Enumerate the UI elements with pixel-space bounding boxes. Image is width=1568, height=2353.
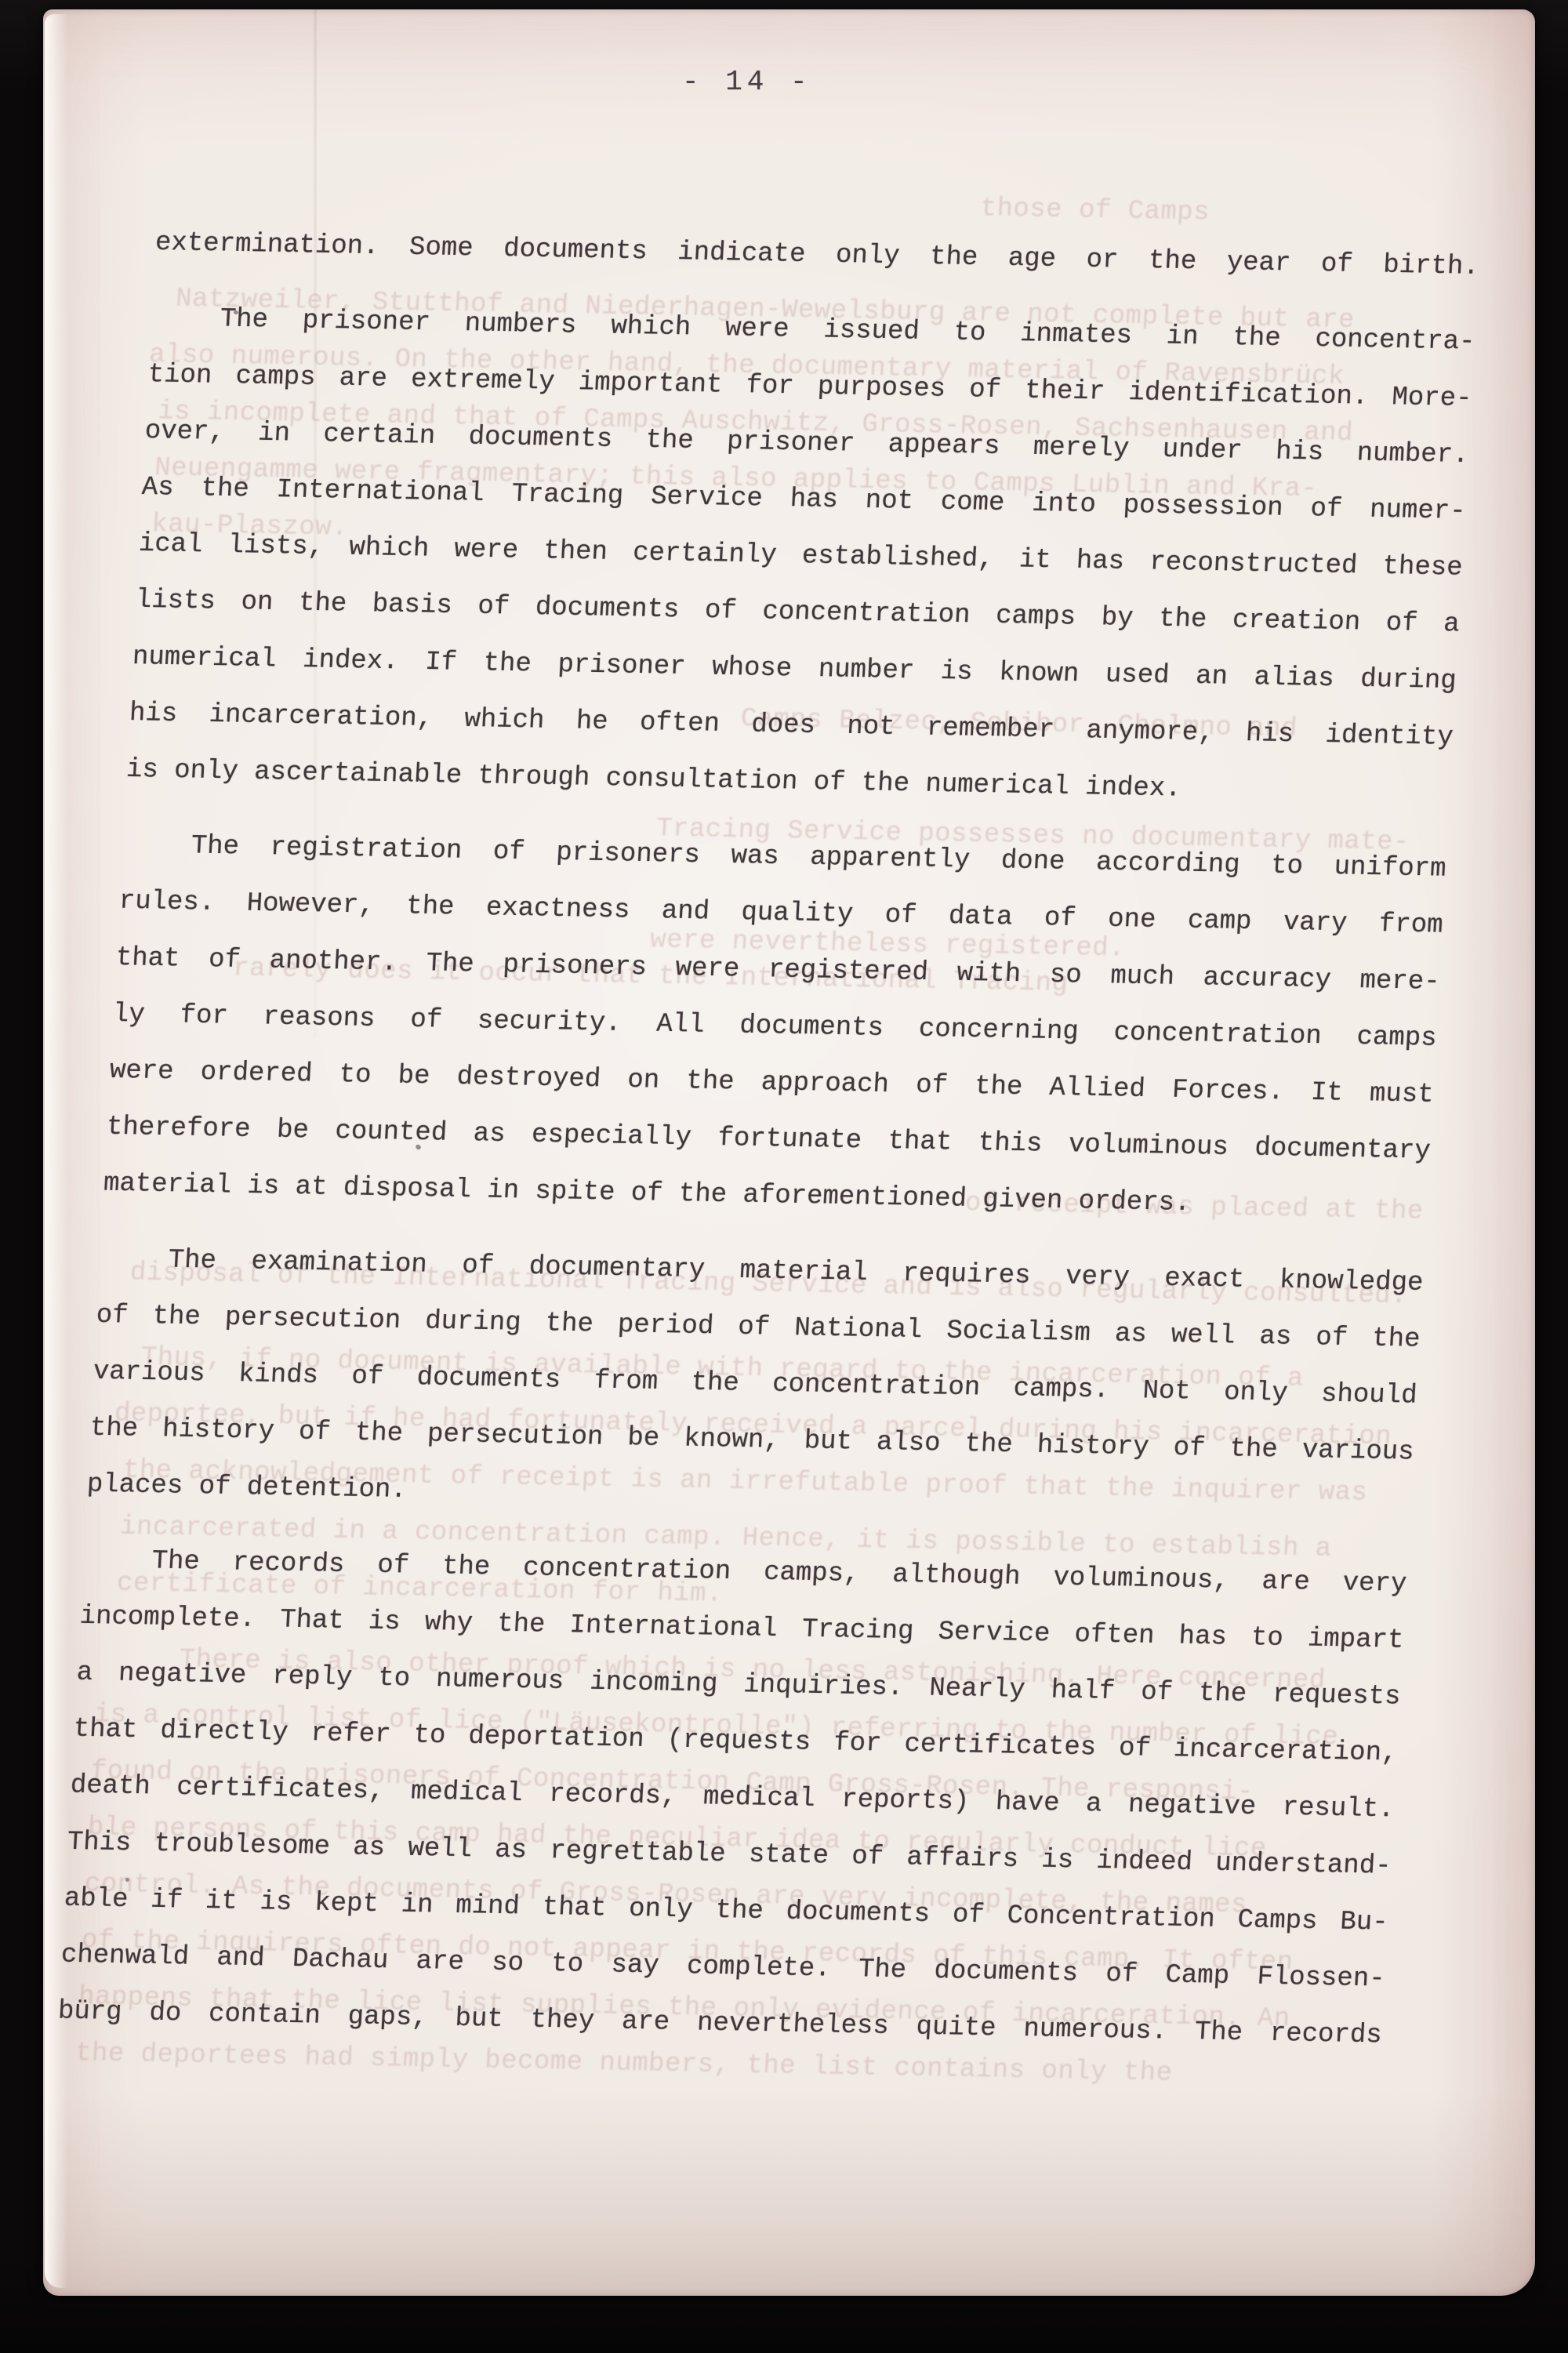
page-number: - 14 - [682,66,812,98]
body-text: extermination. Some documents indicate o… [56,215,1481,2064]
scanned-page-photo: - 14 - those of CampsNatzweiler, Stuttho… [0,0,1568,2353]
document-page: - 14 - those of CampsNatzweiler, Stuttho… [43,9,1535,2296]
ghost-text-line: those of Camps [980,194,1211,227]
